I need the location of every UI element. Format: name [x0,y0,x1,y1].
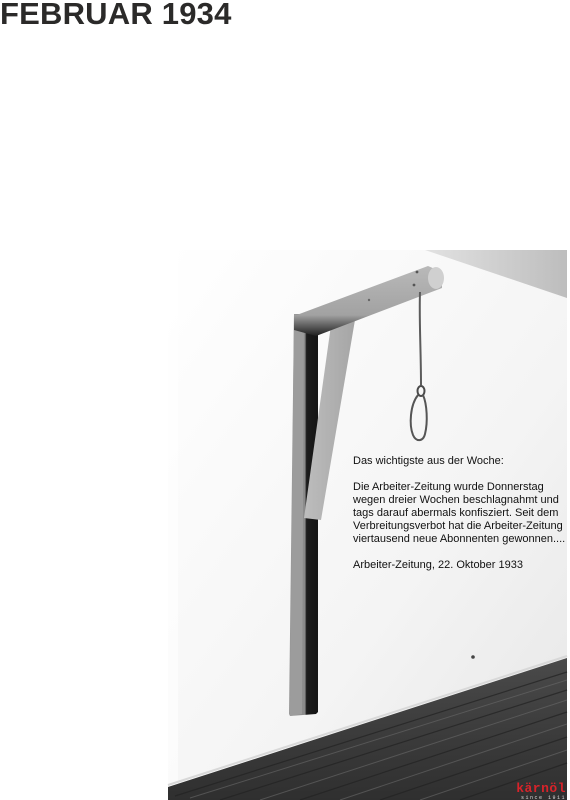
caption-heading: Das wichtigste aus der Woche: [353,455,570,468]
caption-body: Die Arbeiter-Zeitung wurde Donnerstag we… [353,481,570,546]
caption-source: Arbeiter-Zeitung, 22. Oktober 1933 [353,559,570,572]
gallows-photo [0,0,570,800]
brand-logo: kärnöl since 1911 [516,783,566,800]
caption-block: Das wichtigste aus der Woche: Die Arbeit… [353,455,570,572]
page-title: FEBRUAR 1934 [0,0,232,32]
logo-wordmark: kärnöl [516,783,566,795]
logo-tagline: since 1911 [516,795,566,800]
